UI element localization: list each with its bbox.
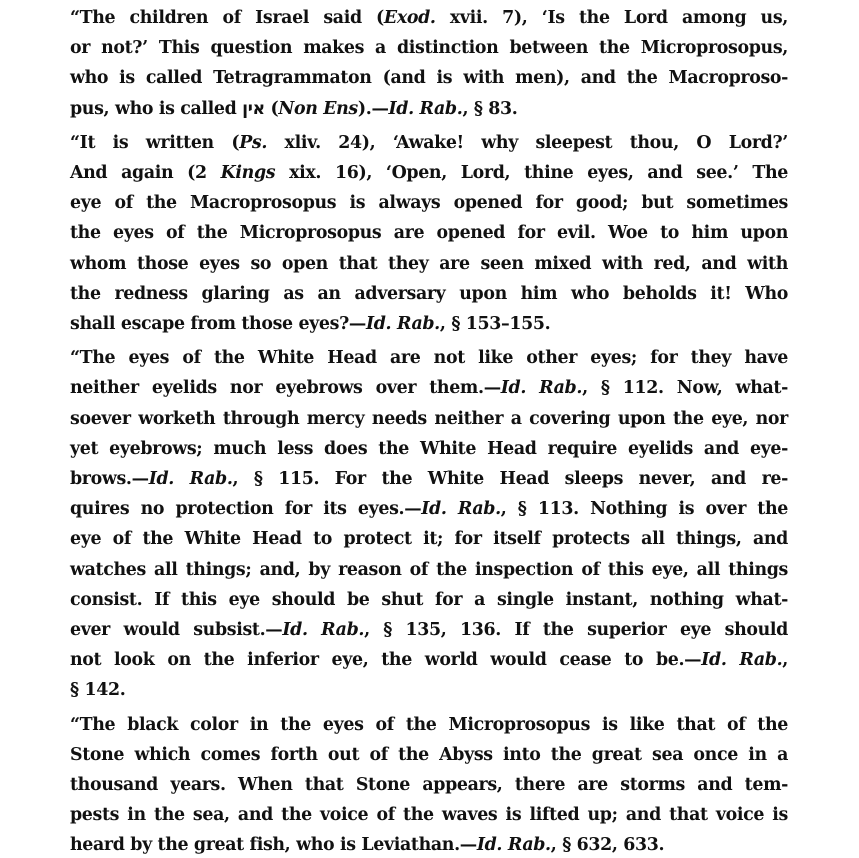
- text-line: Stone which comes forth out of the Abyss…: [40, 740, 788, 770]
- text-line: who is called Tetragrammaton (and is wit…: [40, 63, 788, 93]
- italic-reference: Id. Rab.: [477, 835, 551, 855]
- italic-reference: Id. Rab.: [701, 650, 782, 670]
- text-line: “The children of Israel said (Exod. xvii…: [40, 3, 788, 33]
- text-line: soever worketh through mercy needs neith…: [40, 404, 788, 434]
- italic-reference: Kings: [221, 163, 276, 183]
- italic-reference: Non Ens: [278, 99, 357, 119]
- italic-reference: Id. Rab.: [421, 499, 501, 519]
- text-line: “The eyes of the White Head are not like…: [40, 343, 788, 373]
- paragraph: “It is written (Ps. xliv. 24), ‘Awake! w…: [40, 128, 788, 339]
- italic-reference: Id. Rab.: [366, 314, 440, 334]
- paragraph: “The black color in the eyes of the Micr…: [40, 710, 788, 858]
- text-line: whom those eyes so open that they are se…: [40, 249, 788, 279]
- paragraph: “The children of Israel said (Exod. xvii…: [40, 3, 788, 124]
- italic-reference: Id. Rab.: [388, 99, 462, 119]
- text-line: yet eyebrows; much less does the White H…: [40, 434, 788, 464]
- text-line: not look on the inferior eye, the world …: [40, 645, 788, 675]
- text-line: ever would subsist.—Id. Rab., § 135, 136…: [40, 615, 788, 645]
- italic-reference: Exod.: [384, 8, 436, 28]
- text-line: “The black color in the eyes of the Micr…: [40, 710, 788, 740]
- italic-reference: Id. Rab.: [149, 469, 233, 489]
- text-line: neither eyelids nor eyebrows over them.—…: [40, 373, 788, 403]
- text-line: consist. If this eye should be shut for …: [40, 585, 788, 615]
- text-line: pests in the sea, and the voice of the w…: [40, 800, 788, 830]
- text-line: pus, who is called אין (Non Ens).—Id. Ra…: [40, 94, 788, 124]
- italic-reference: Id. Rab.: [501, 378, 582, 398]
- text-line: the eyes of the Microprosopus are opened…: [40, 218, 788, 248]
- hebrew-word: אין: [242, 99, 265, 119]
- document-page: “The children of Israel said (Exod. xvii…: [40, 3, 788, 858]
- text-line: eye of the White Head to protect it; for…: [40, 524, 788, 554]
- text-line: heard by the great fish, who is Leviatha…: [40, 830, 788, 858]
- text-line: “It is written (Ps. xliv. 24), ‘Awake! w…: [40, 128, 788, 158]
- text-line: eye of the Macroprosopus is always opene…: [40, 188, 788, 218]
- text-line: shall escape from those eyes?—Id. Rab., …: [40, 309, 788, 339]
- text-line: or not?’ This question makes a distincti…: [40, 33, 788, 63]
- italic-reference: Ps.: [239, 133, 267, 153]
- text-line: quires no protection for its eyes.—Id. R…: [40, 494, 788, 524]
- text-line: thousand years. When that Stone appears,…: [40, 770, 788, 800]
- text-line: brows.—Id. Rab., § 115. For the White He…: [40, 464, 788, 494]
- italic-reference: Id. Rab.: [282, 620, 364, 640]
- text-line: § 142.: [40, 675, 788, 705]
- text-line: And again (2 Kings xix. 16), ‘Open, Lord…: [40, 158, 788, 188]
- text-line: the redness glaring as an adversary upon…: [40, 279, 788, 309]
- text-line: watches all things; and, by reason of th…: [40, 555, 788, 585]
- paragraph: “The eyes of the White Head are not like…: [40, 343, 788, 705]
